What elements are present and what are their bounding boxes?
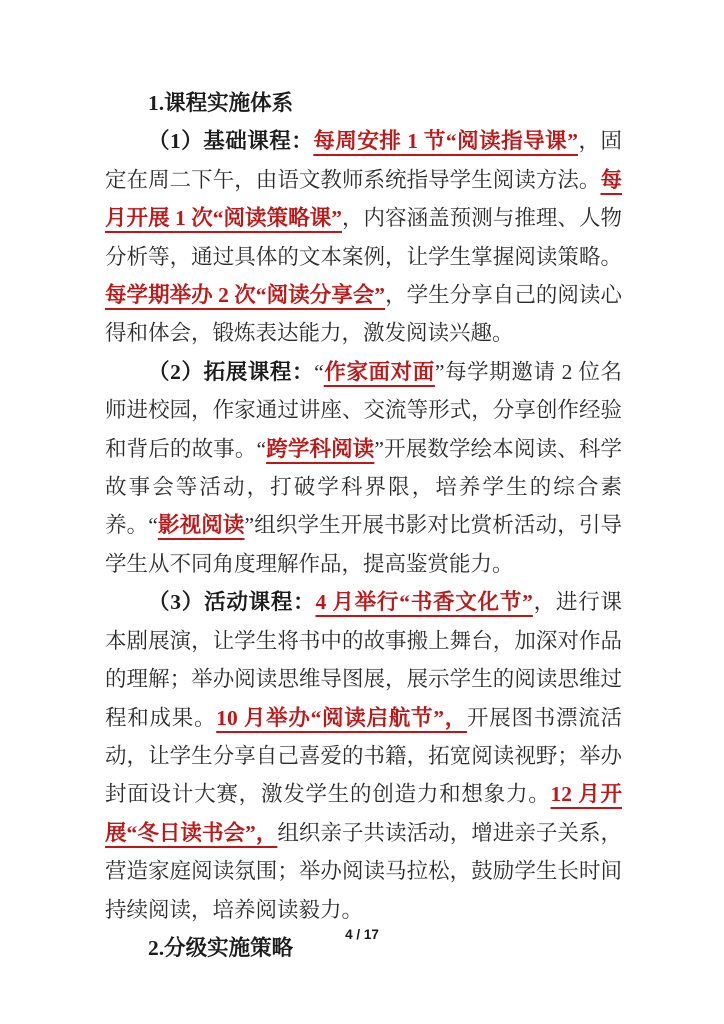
highlighted-text-run: 跨学科阅读 <box>266 437 374 461</box>
document-body: 1.课程实施体系（1）基础课程：每周安排 1 节“阅读指导课”，固定在周二下午，… <box>105 84 622 967</box>
highlighted-text-run: 10 月举办“阅读启航节”， <box>216 706 467 730</box>
page-number: 4 / 17 <box>0 927 724 942</box>
label-text-run: （1）基础课程： <box>148 129 313 153</box>
highlighted-text-run: 影视阅读 <box>158 513 245 537</box>
highlighted-text-run: 每周安排 1 节“阅读指导课” <box>313 129 578 153</box>
paragraph: （1）基础课程：每周安排 1 节“阅读指导课”，固定在周二下午，由语文教师系统指… <box>105 122 622 352</box>
highlighted-text-run: 4 月举行“书香文化节” <box>315 590 532 614</box>
paragraph: （3）活动课程：4 月举行“书香文化节”，进行课本剧展演，让学生将书中的故事搬上… <box>105 583 622 929</box>
highlighted-text-run: 每学期举办 2 次“阅读分享会” <box>105 283 385 307</box>
label-text-run: （2）拓展课程： <box>148 360 314 384</box>
section-heading: 1.课程实施体系 <box>105 84 622 122</box>
highlighted-text-run: 作家面对面 <box>324 360 435 384</box>
label-text-run: （3）活动课程： <box>148 590 315 614</box>
document-page: 1.课程实施体系（1）基础课程：每周安排 1 节“阅读指导课”，固定在周二下午，… <box>0 0 724 1024</box>
paragraph: （2）拓展课程：“作家面对面”每学期邀请 2 位名师进校园，作家通过讲座、交流等… <box>105 353 622 583</box>
text-run: “ <box>314 360 324 384</box>
heading-text: 1.课程实施体系 <box>148 91 293 115</box>
